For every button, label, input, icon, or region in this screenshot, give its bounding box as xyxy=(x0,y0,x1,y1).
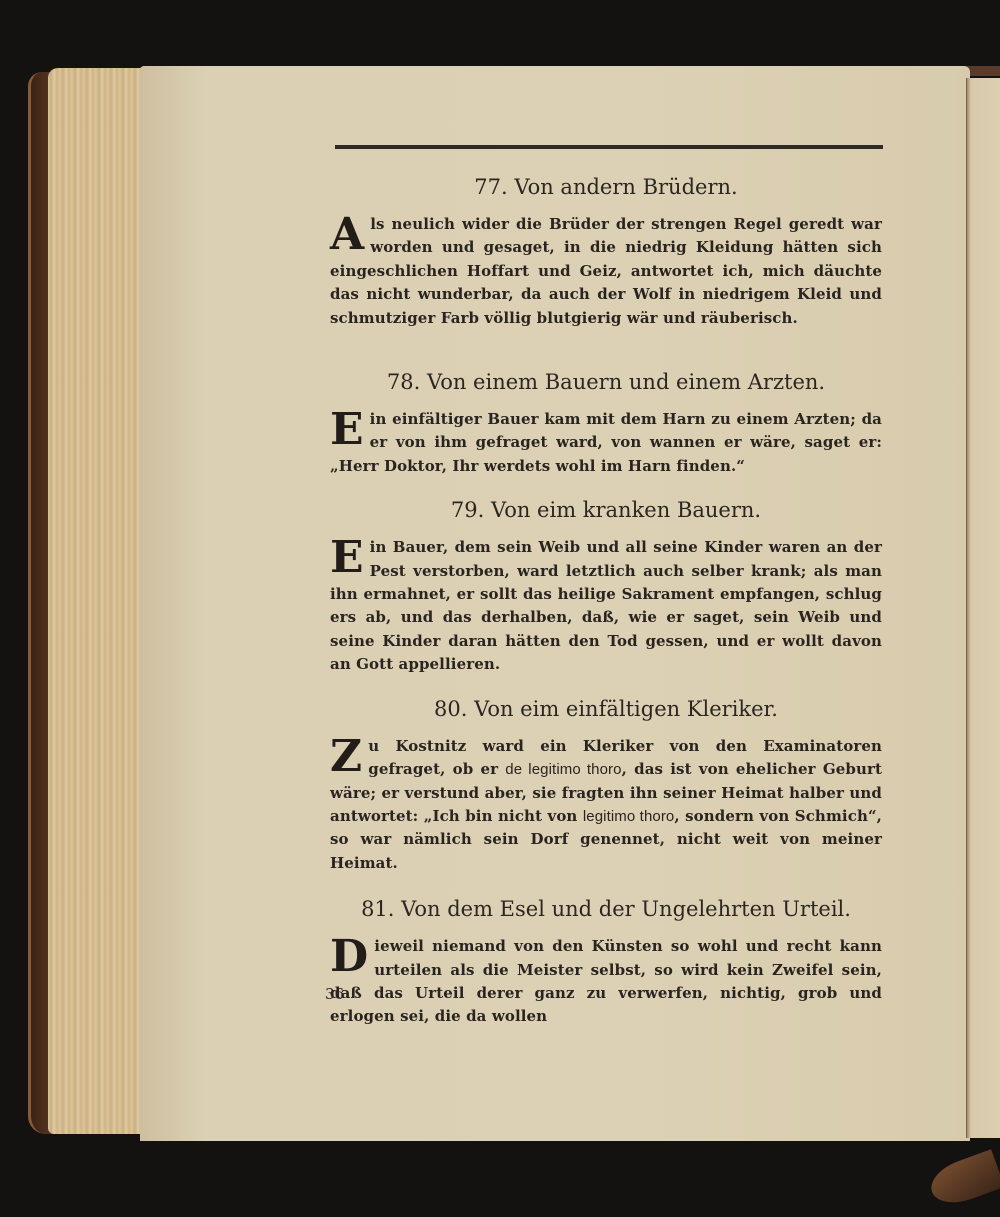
section-paragraph: Ein Bauer, dem sein Weib und all seine K… xyxy=(330,536,882,676)
section-heading: 81. Von dem Esel und der Ungelehrten Urt… xyxy=(330,887,882,931)
section-heading: 78. Von einem Bauern und einem Arzten. xyxy=(330,360,882,404)
latin-phrase: legitimo thoro xyxy=(583,808,675,825)
section-81: 81. Von dem Esel und der Ungelehrten Urt… xyxy=(330,887,882,1029)
page-content: 77. Von andern Brüdern. Als neulich wide… xyxy=(330,165,882,1029)
section-paragraph: Ein einfältiger Bauer kam mit dem Harn z… xyxy=(330,408,882,478)
section-78: 78. Von einem Bauern und einem Arzten. E… xyxy=(330,360,882,478)
section-paragraph: Dieweil niemand von den Künsten so wohl … xyxy=(330,935,882,1029)
drop-cap: Z xyxy=(330,737,362,777)
drop-cap: D xyxy=(330,937,368,977)
section-heading: 80. Von eim einfältigen Kleriker. xyxy=(330,687,882,731)
bookmark-ribbon xyxy=(925,1149,1000,1211)
section-heading: 77. Von andern Brüdern. xyxy=(330,165,882,209)
facing-page-edge xyxy=(966,78,1000,1138)
drop-cap: E xyxy=(330,538,364,578)
latin-phrase: de legitimo thoro xyxy=(505,761,621,778)
page-edges xyxy=(48,68,148,1134)
section-77: 77. Von andern Brüdern. Als neulich wide… xyxy=(330,165,882,330)
drop-cap: A xyxy=(330,215,364,255)
page-number: 36 xyxy=(325,985,344,1003)
section-paragraph: Zu Kostnitz ward ein Kleriker von den Ex… xyxy=(330,735,882,875)
section-paragraph: Als neulich wider die Brüder der strenge… xyxy=(330,213,882,330)
section-heading: 79. Von eim kranken Bauern. xyxy=(330,488,882,532)
header-rule xyxy=(335,145,883,149)
section-79: 79. Von eim kranken Bauern. Ein Bauer, d… xyxy=(330,488,882,676)
section-80: 80. Von eim einfältigen Kleriker. Zu Kos… xyxy=(330,687,882,875)
drop-cap: E xyxy=(330,410,364,450)
